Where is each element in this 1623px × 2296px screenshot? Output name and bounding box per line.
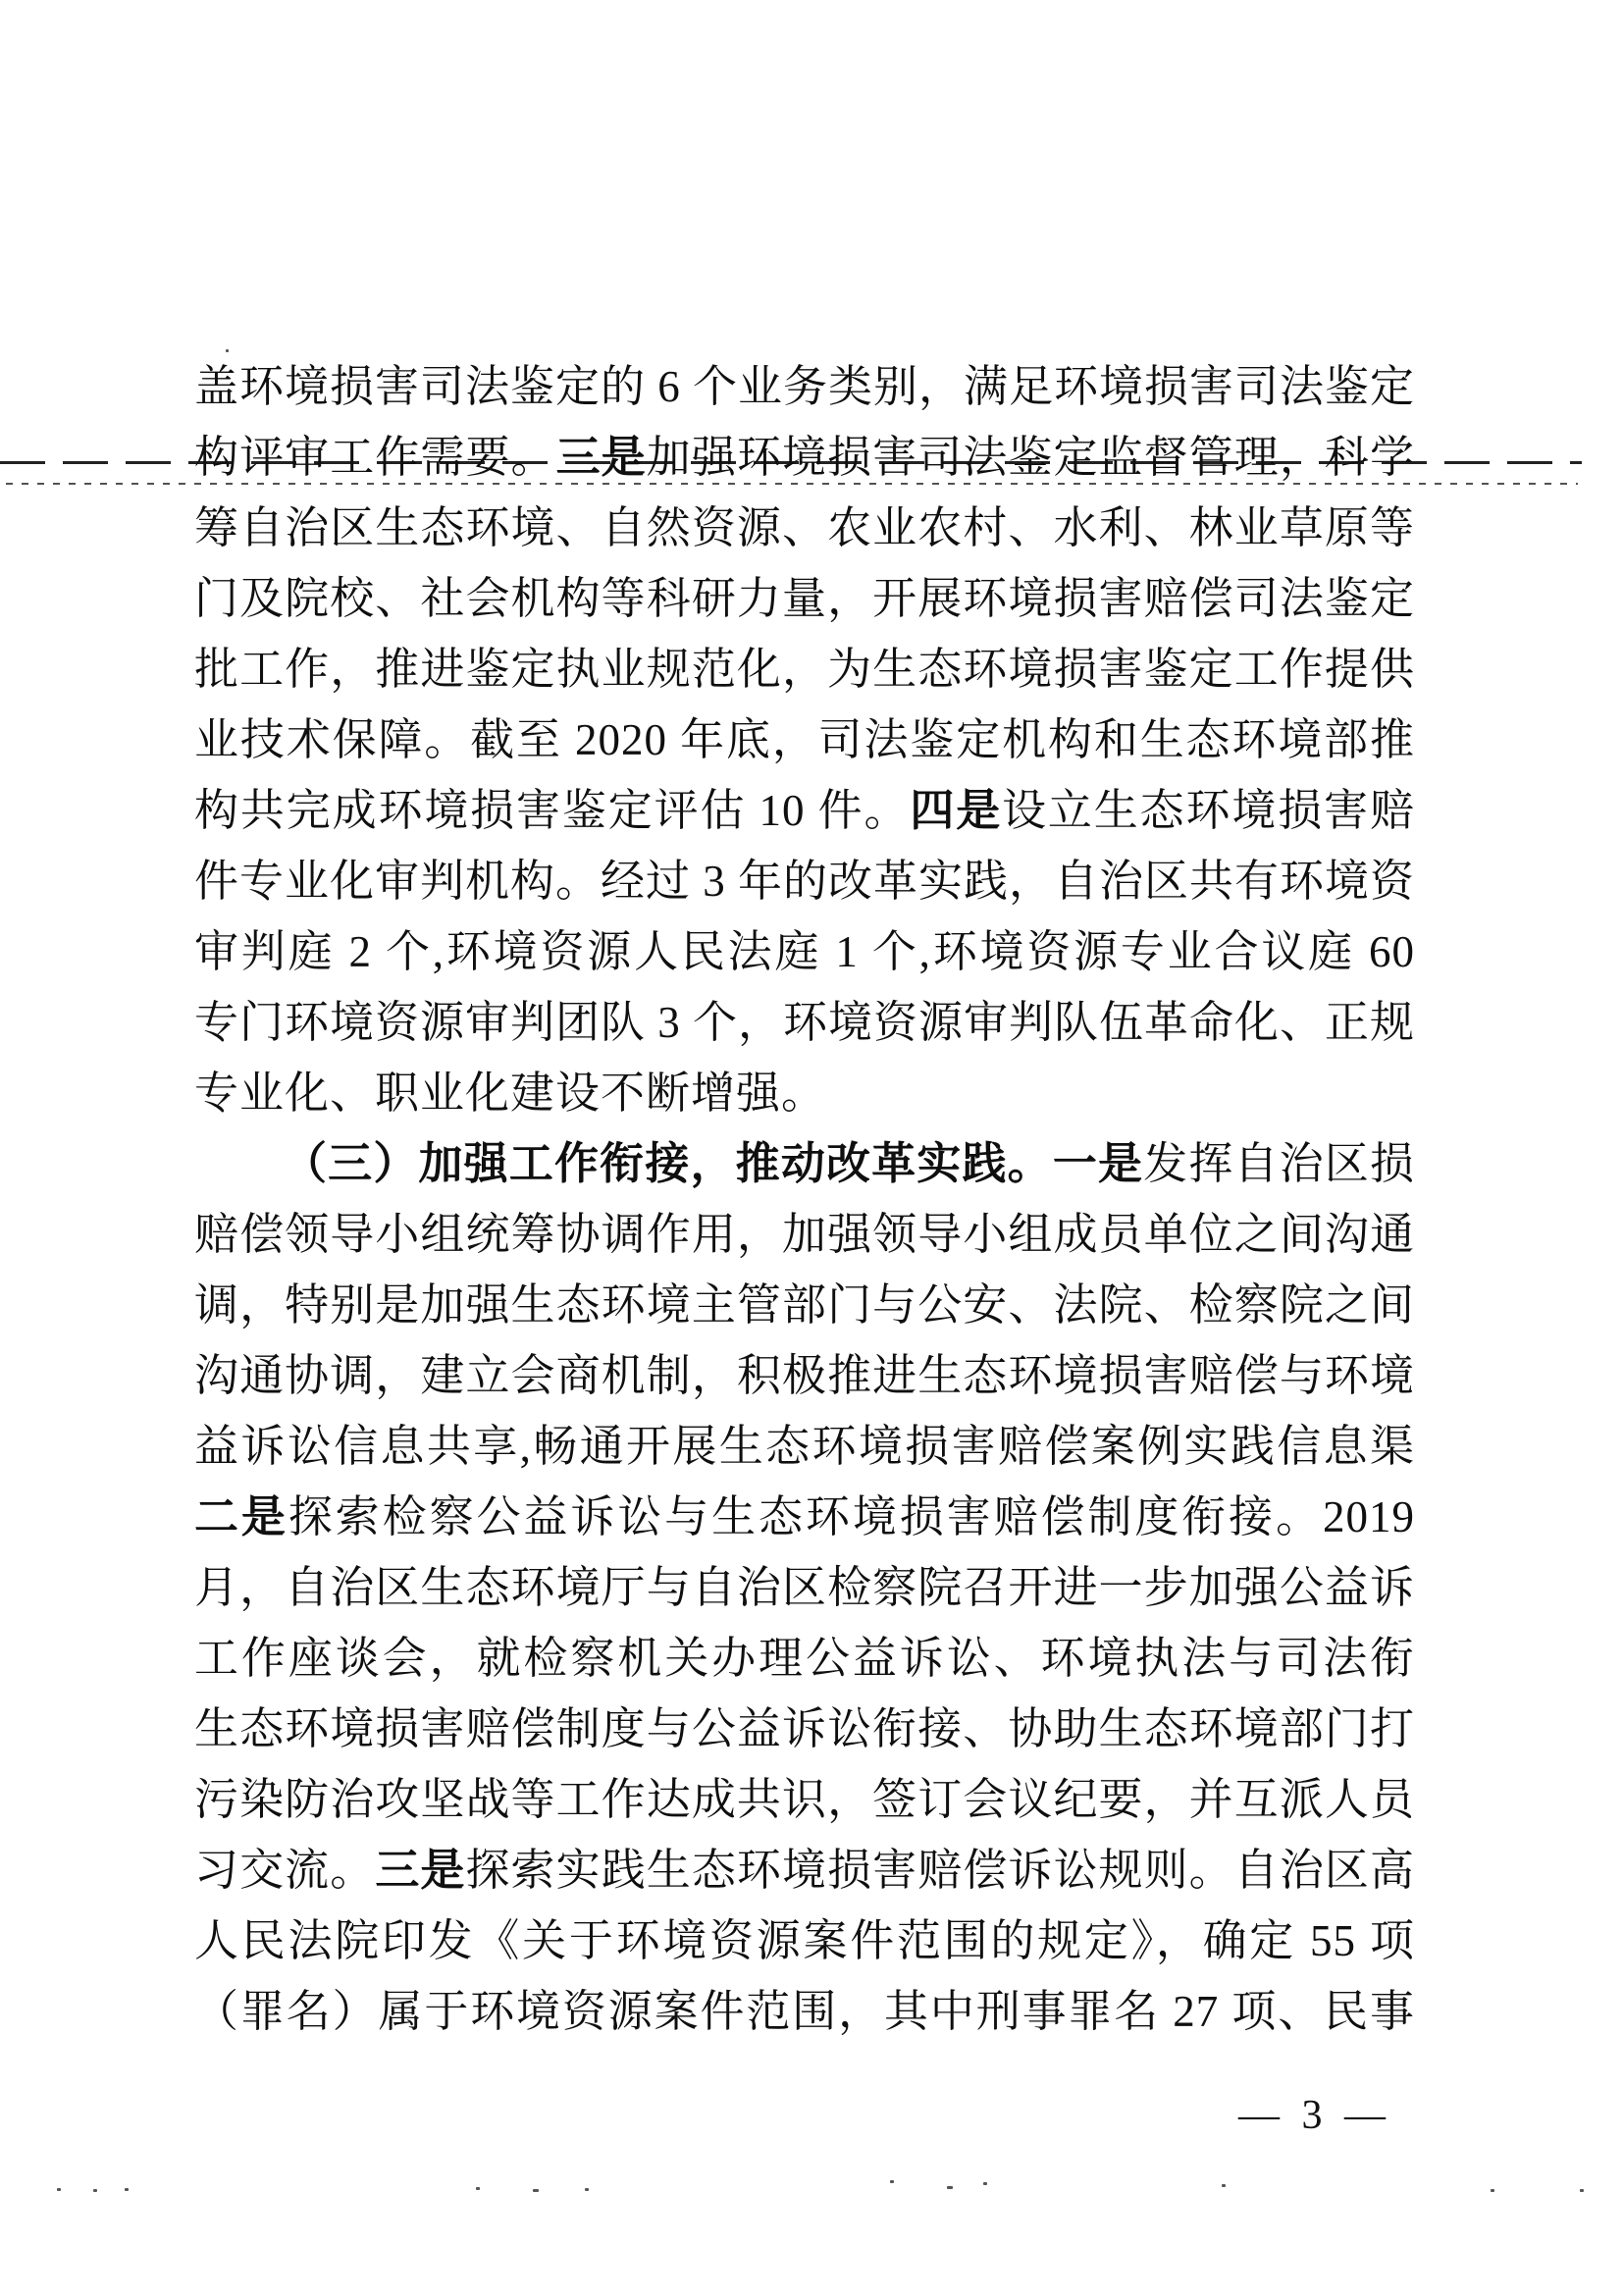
page-number: — 3 — <box>1238 2092 1391 2139</box>
text-line: 门及院校、社会机构等科研力量，开展环境损害赔偿司法鉴定审 <box>194 563 1415 634</box>
text-run: 批工作，推进鉴定执业规范化，为生态环境损害鉴定工作提供专 <box>194 645 1415 704</box>
section-heading: （三）加强工作衔接，推动改革实践。 <box>283 1139 1053 1188</box>
text-run: 调，特别是加强生态环境主管部门与公安、法院、检察院之间的 <box>194 1280 1415 1340</box>
text-line: 专业化、职业化建设不断增强。 <box>194 1058 1415 1128</box>
bold-ordinal: 二是 <box>194 1492 288 1541</box>
text-run: 污染防治攻坚战等工作达成共识，签订会议纪要，并互派人员学 <box>194 1775 1415 1835</box>
scan-noise-speck <box>93 2189 97 2192</box>
text-run: 构共完成环境损害鉴定评估 10 件。 <box>194 786 910 835</box>
text-line: 审判庭 2 个,环境资源人民法庭 1 个,环境资源专业合议庭 60 个， <box>194 916 1415 987</box>
text-run: 月，自治区生态环境厅与自治区检察院召开进一步加强公益诉讼 <box>194 1563 1415 1623</box>
scan-noise-speck <box>1222 2184 1226 2187</box>
text-run: 探索检察公益诉讼与生态环境损害赔偿制度衔接。2019 年 5 <box>194 1492 1415 1552</box>
text-line: 沟通协调，建立会商机制，积极推进生态环境损害赔偿与环境公 <box>194 1340 1415 1411</box>
text-run: 门及院校、社会机构等科研力量，开展环境损害赔偿司法鉴定审 <box>194 574 1415 634</box>
scan-noise-speck <box>890 2180 894 2183</box>
text-line: 调，特别是加强生态环境主管部门与公安、法院、检察院之间的 <box>194 1270 1415 1340</box>
text-run: 习交流。 <box>194 1846 375 1895</box>
text-line: 业技术保障。截至 2020 年底，司法鉴定机构和生态环境部推荐机 <box>194 704 1415 775</box>
scan-noise-speck <box>1491 2189 1494 2192</box>
scan-noise-speck <box>476 2187 480 2190</box>
scan-noise-speck <box>533 2189 539 2192</box>
scan-noise-speck <box>57 2188 61 2191</box>
text-run: 业技术保障。截至 2020 年底，司法鉴定机构和生态环境部推荐机 <box>194 715 1415 775</box>
text-run: 专门环境资源审判团队 3 个，环境资源审判队伍革命化、正规化、 <box>194 998 1415 1058</box>
scan-noise-speck <box>226 349 229 352</box>
text-line: 益诉讼信息共享,畅通开展生态环境损害赔偿案例实践信息渠道。 <box>194 1411 1415 1482</box>
text-line: 二是探索检察公益诉讼与生态环境损害赔偿制度衔接。2019 年 5 <box>194 1482 1415 1552</box>
text-line: 生态环境损害赔偿制度与公益诉讼衔接、协助生态环境部门打好 <box>194 1694 1415 1764</box>
text-line-paragraph-start: （三）加强工作衔接，推动改革实践。一是发挥自治区损害 <box>194 1128 1415 1199</box>
text-line: 批工作，推进鉴定执业规范化，为生态环境损害鉴定工作提供专 <box>194 634 1415 704</box>
text-run: 审判庭 2 个,环境资源人民法庭 1 个,环境资源专业合议庭 60 个， <box>194 927 1415 987</box>
text-run: 构评审工作需要。 <box>194 433 556 482</box>
scan-noise-speck <box>585 2188 589 2191</box>
text-run: 盖环境损害司法鉴定的 6 个业务类别，满足环境损害司法鉴定机 <box>194 362 1415 422</box>
text-line: 工作座谈会，就检察机关办理公益诉讼、环境执法与司法衔接、 <box>194 1623 1415 1694</box>
document-text-block: 盖环境损害司法鉴定的 6 个业务类别，满足环境损害司法鉴定机 构评审工作需要。三… <box>194 351 1415 2047</box>
document-page: 盖环境损害司法鉴定的 6 个业务类别，满足环境损害司法鉴定机 构评审工作需要。三… <box>0 0 1623 2296</box>
text-run: 赔偿领导小组统筹协调作用，加强领导小组成员单位之间沟通协 <box>194 1210 1415 1270</box>
text-line: 习交流。三是探索实践生态环境损害赔偿诉讼规则。自治区高级 <box>194 1835 1415 1905</box>
text-run: 件专业化审判机构。经过 3 年的改革实践，自治区共有环境资源 <box>194 857 1415 916</box>
text-line: 构评审工作需要。三是加强环境损害司法鉴定监督管理，科学统 <box>194 422 1415 493</box>
text-line: （罪名）属于环境资源案件范围，其中刑事罪名 27 项、民事案由 <box>194 1976 1415 2047</box>
text-line: 构共完成环境损害鉴定评估 10 件。四是设立生态环境损害赔偿案 <box>194 775 1415 846</box>
text-line: 专门环境资源审判团队 3 个，环境资源审判队伍革命化、正规化、 <box>194 987 1415 1058</box>
text-run: 筹自治区生态环境、自然资源、农业农村、水利、林业草原等部 <box>194 503 1415 563</box>
text-run: （罪名）属于环境资源案件范围，其中刑事罪名 27 项、民事案由 <box>194 1987 1415 2047</box>
text-run: 生态环境损害赔偿制度与公益诉讼衔接、协助生态环境部门打好 <box>194 1704 1415 1764</box>
text-line: 盖环境损害司法鉴定的 6 个业务类别，满足环境损害司法鉴定机 <box>194 351 1415 422</box>
bold-ordinal: 三是 <box>556 433 647 482</box>
text-line: 赔偿领导小组统筹协调作用，加强领导小组成员单位之间沟通协 <box>194 1199 1415 1270</box>
scan-noise-speck <box>125 2188 129 2191</box>
text-run: 沟通协调，建立会商机制，积极推进生态环境损害赔偿与环境公 <box>194 1351 1415 1411</box>
scan-noise-speck <box>1580 2189 1584 2192</box>
text-line: 月，自治区生态环境厅与自治区检察院召开进一步加强公益诉讼 <box>194 1552 1415 1623</box>
text-run: 工作座谈会，就检察机关办理公益诉讼、环境执法与司法衔接、 <box>194 1634 1415 1694</box>
bold-ordinal: 一是 <box>1053 1139 1143 1188</box>
text-line: 件专业化审判机构。经过 3 年的改革实践，自治区共有环境资源 <box>194 846 1415 916</box>
text-run: 人民法院印发《关于环境资源案件范围的规定》，确定 55 项案由 <box>194 1916 1415 1976</box>
bold-ordinal: 三是 <box>375 1846 465 1895</box>
text-line: 人民法院印发《关于环境资源案件范围的规定》，确定 55 项案由 <box>194 1905 1415 1976</box>
text-run: 益诉讼信息共享,畅通开展生态环境损害赔偿案例实践信息渠道。 <box>194 1422 1415 1482</box>
text-run: 专业化、职业化建设不断增强。 <box>194 1069 826 1118</box>
text-line: 筹自治区生态环境、自然资源、农业农村、水利、林业草原等部 <box>194 493 1415 563</box>
scan-noise-speck <box>983 2182 987 2185</box>
bold-ordinal: 四是 <box>910 786 1002 835</box>
text-line: 污染防治攻坚战等工作达成共识，签订会议纪要，并互派人员学 <box>194 1764 1415 1835</box>
scan-noise-speck <box>947 2186 953 2189</box>
